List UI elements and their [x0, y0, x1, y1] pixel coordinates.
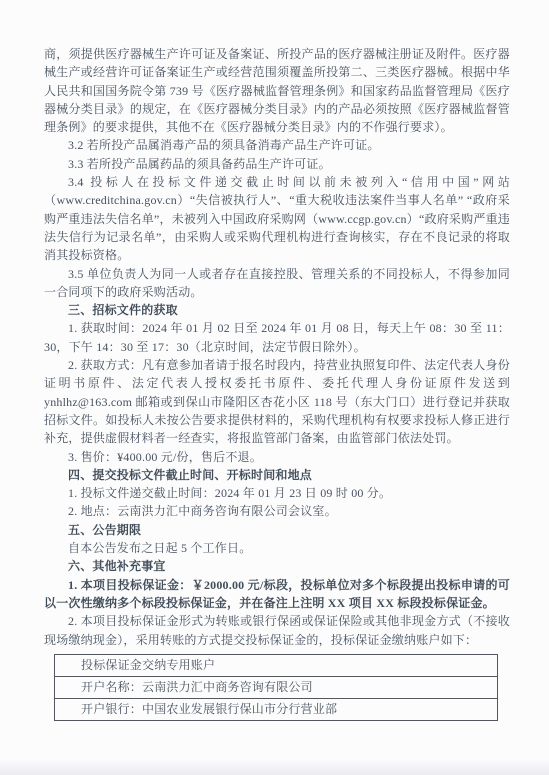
document-text: 商，须提供医疗器械生产许可证及备案证、所投产品的医疗器械注册证及附件。医疗器械生… [44, 45, 510, 649]
paragraph: 3.3 若所投产品属药品的须具备药品生产许可证。 [44, 155, 510, 173]
paragraph: 2. 地点：云南洪力汇中商务咨询有限公司会议室。 [44, 502, 510, 520]
paragraph: 3. 售价：¥400.00 元/份，售后不退。 [44, 448, 510, 466]
paragraph: 2. 获取方式：凡有意参加者请于报名时段内，持营业执照复印件、法定代表人身份证明… [44, 356, 510, 447]
table-row: 开户银行：中国农业发展银行保山市分行营业部 [55, 698, 497, 720]
table-row: 开户名称：云南洪力汇中商务咨询有限公司 [55, 676, 497, 698]
paragraph: 2. 本项目投标保证金形式为转账或银行保函或保证保险或其他非现金方式（不接收现场… [44, 612, 510, 649]
paragraph: 3.2 若所投产品属消毒产品的须具备消毒产品生产许可证。 [44, 136, 510, 154]
section-heading: 六、其他补充事宜 [44, 557, 510, 575]
paragraph: 3.4 投标人在投标文件递交截止时间以前未被列入“信用中国”网站（www.cre… [44, 173, 510, 264]
section-heading: 四、提交投标文件截止时间、开标时间和地点 [44, 466, 510, 484]
section-heading: 三、招标文件的获取 [44, 301, 510, 319]
deposit-account-table: 投标保证金交纳专用账户开户名称：云南洪力汇中商务咨询有限公司开户银行：中国农业发… [54, 654, 498, 721]
paragraph: 1. 投标文件递交截止时间：2024 年 01 月 23 日 09 时 00 分… [44, 484, 510, 502]
paragraph: 自本公告发布之日起 5 个工作日。 [44, 539, 510, 557]
paragraph: 1. 本项目投标保证金：￥2000.00 元/标段，投标单位对多个标段提出投标申… [44, 576, 510, 613]
table-row: 投标保证金交纳专用账户 [55, 655, 497, 676]
paragraph: 商，须提供医疗器械生产许可证及备案证、所投产品的医疗器械注册证及附件。医疗器械生… [44, 45, 510, 136]
section-heading: 五、公告期限 [44, 521, 510, 539]
scan-edge-shadow [0, 759, 549, 775]
paragraph: 1. 获取时间：2024 年 01 月 02 日至 2024 年 01 月 08… [44, 319, 510, 356]
document-page: 商，须提供医疗器械生产许可证及备案证、所投产品的医疗器械注册证及附件。医疗器械生… [0, 0, 549, 775]
paragraph: 3.5 单位负责人为同一人或者存在直接控股、管理关系的不同投标人，不得参加同一合… [44, 265, 510, 302]
